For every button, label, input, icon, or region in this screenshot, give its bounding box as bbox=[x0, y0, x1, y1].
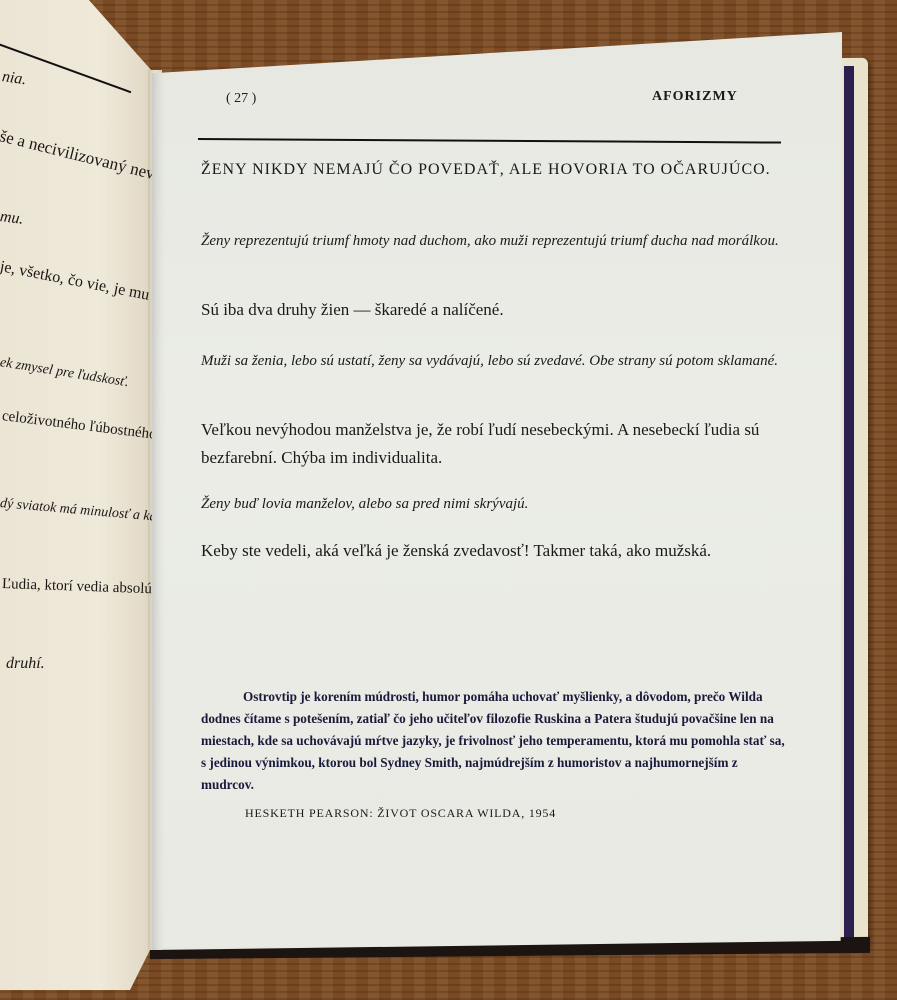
aphorism: Ženy buď lovia manželov, alebo sa pred n… bbox=[201, 490, 786, 518]
left-page-fragment: nia. bbox=[1, 68, 28, 89]
pearson-quote: Ostrovtip je korením múdrosti, humor pom… bbox=[201, 686, 791, 796]
left-page-fragment: mu. bbox=[0, 208, 24, 229]
aphorism: Veľkou nevýhodou manželstva je, že robí … bbox=[201, 416, 786, 472]
book-cover-stripe bbox=[844, 66, 854, 942]
running-head: AFORIZMY bbox=[652, 89, 738, 105]
quote-attribution: HESKETH PEARSON: ŽIVOT OSCARA WILDA, 195… bbox=[245, 806, 556, 821]
aphorism: Keby ste vedeli, aká veľká je ženská zve… bbox=[201, 537, 786, 565]
aphorism: Sú iba dva druhy žien — škaredé a nalíče… bbox=[201, 296, 786, 324]
aphorism: Ženy reprezentujú triumf hmoty nad ducho… bbox=[201, 227, 786, 255]
left-page-fragment: druhí. bbox=[6, 655, 45, 673]
aphorism: Muži sa ženia, lebo sú ustatí, ženy sa v… bbox=[201, 347, 786, 375]
page-number: ( 27 ) bbox=[226, 91, 256, 107]
aphorism: ŽENY NIKDY NEMAJÚ ČO POVEDAŤ, ALE HOVORI… bbox=[201, 156, 786, 184]
